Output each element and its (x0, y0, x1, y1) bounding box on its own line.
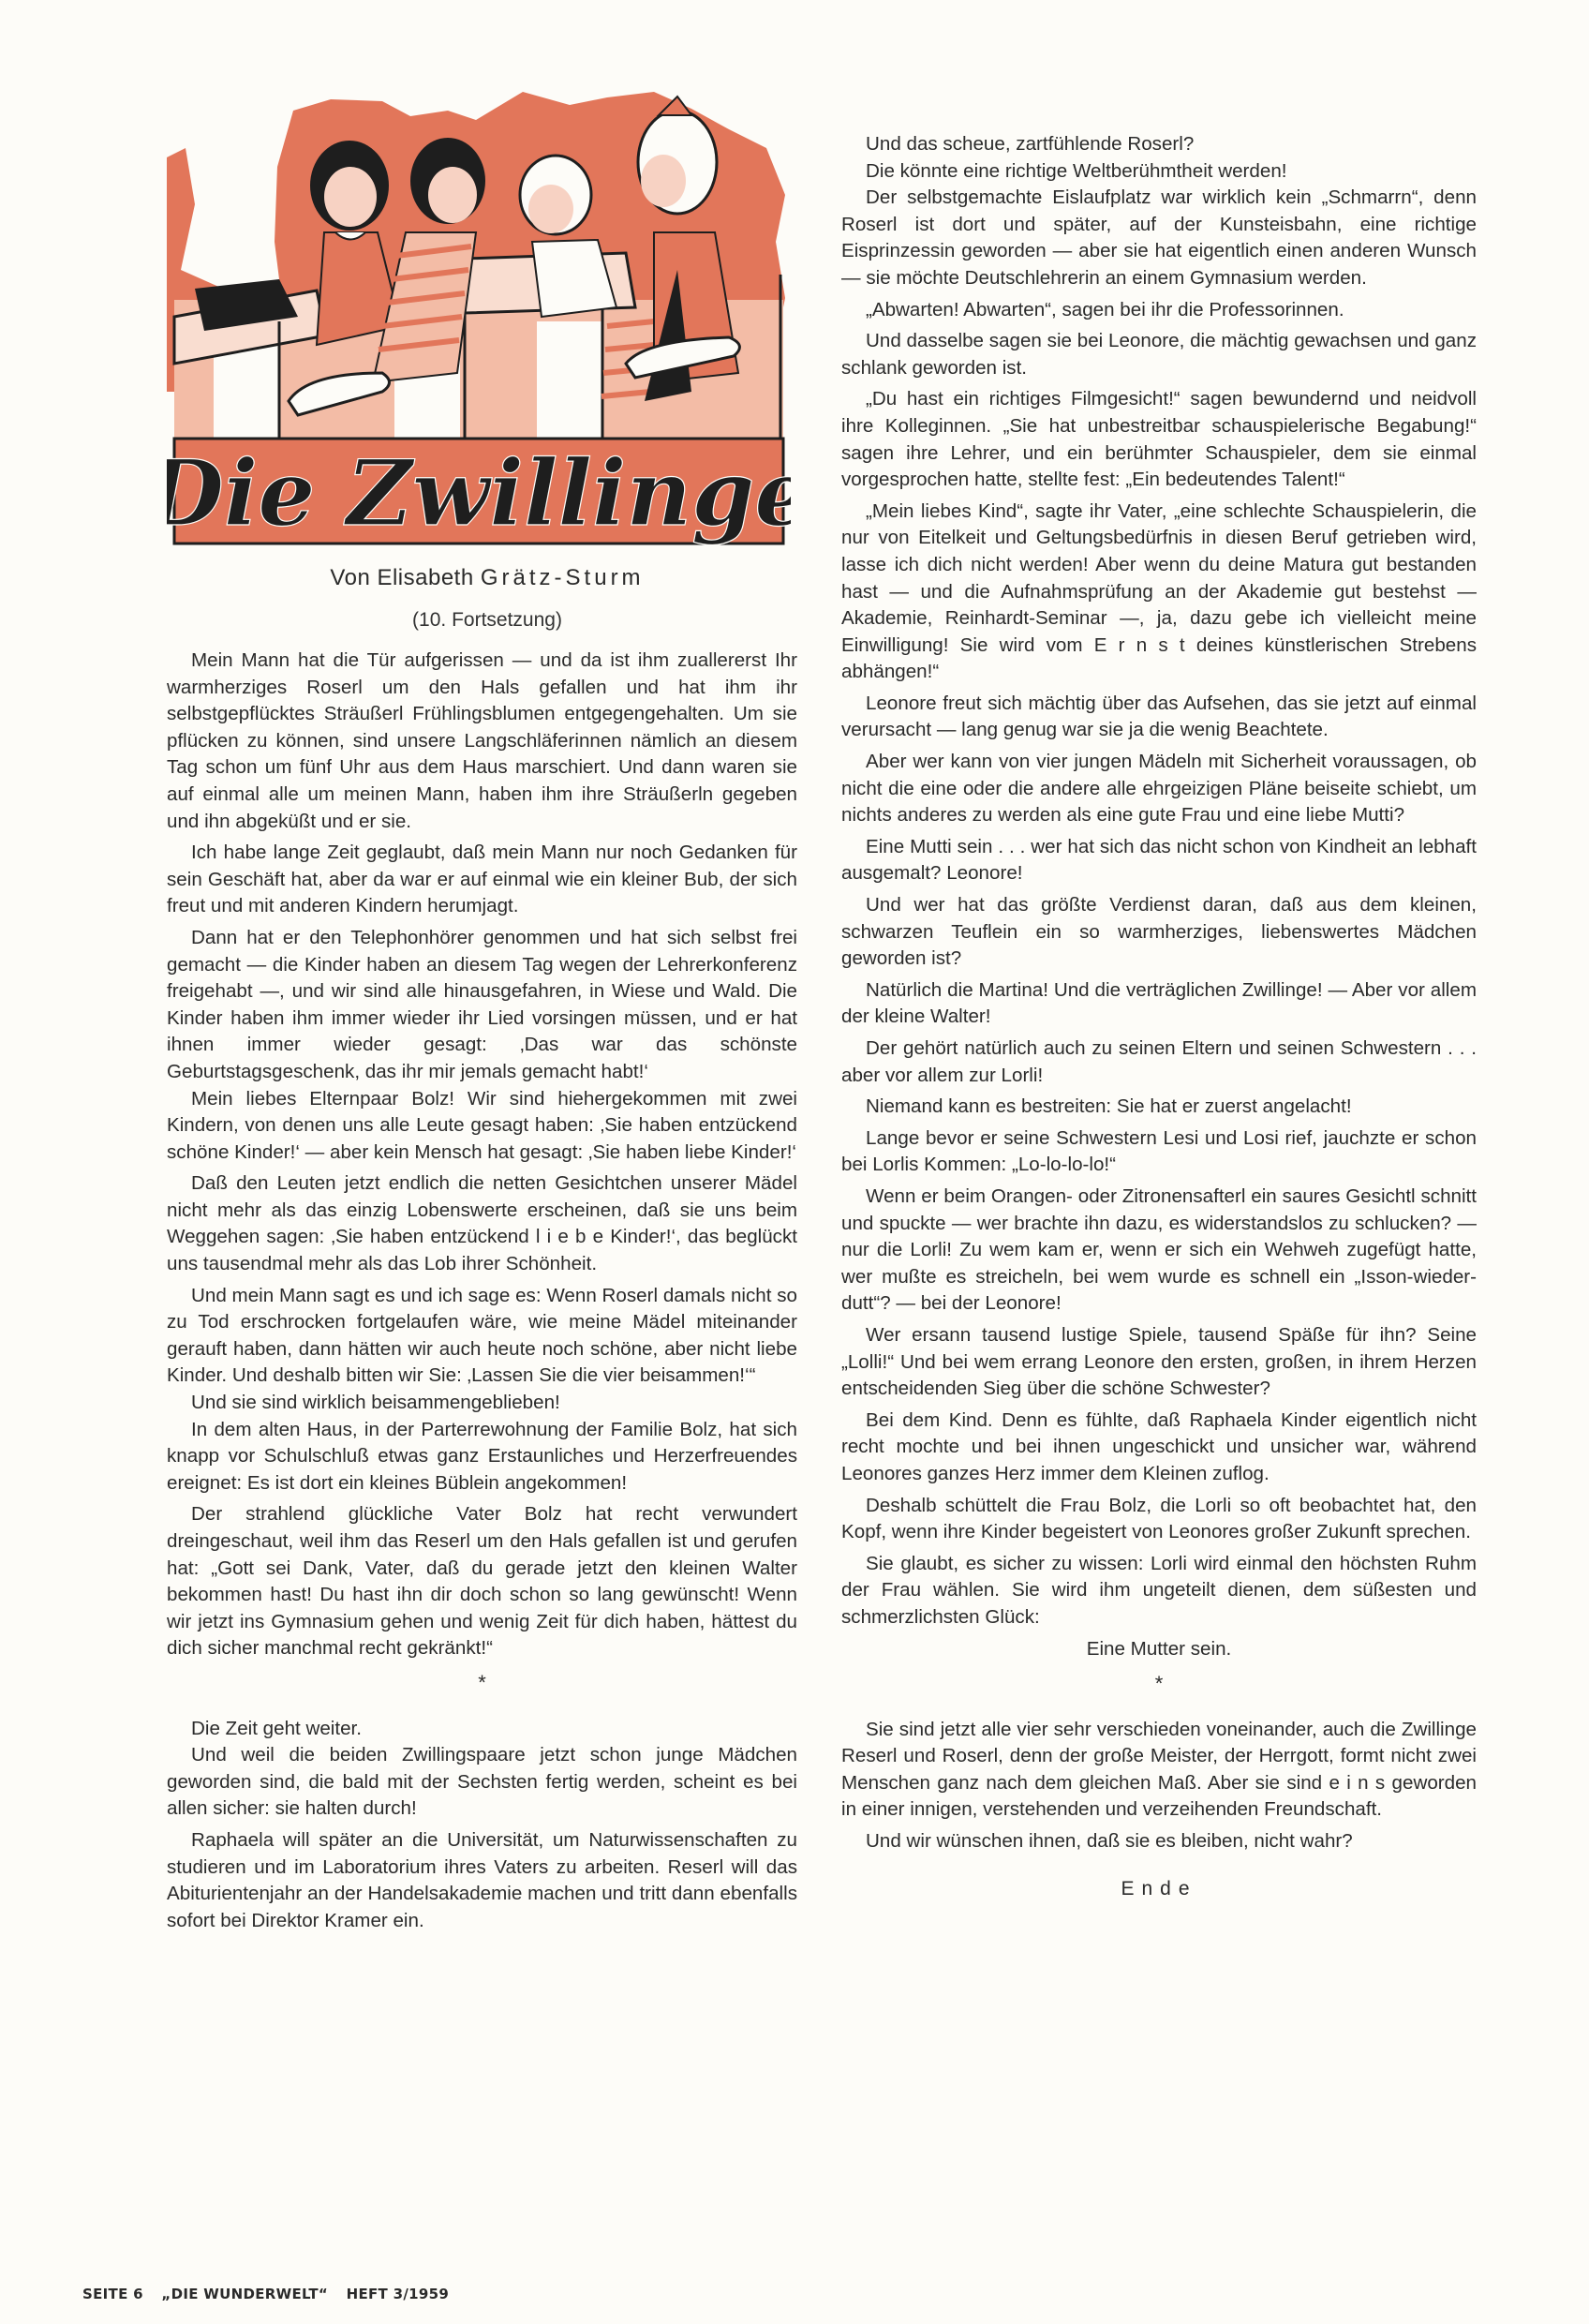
paragraph: In dem alten Haus, in der Parterrewohnun… (167, 1417, 797, 1497)
paragraph: Und das scheue, zartfühlende Roserl? (841, 131, 1477, 158)
issue-number: HEFT 3/1959 (347, 2286, 449, 2302)
paragraph: Daß den Leuten jetzt endlich die netten … (167, 1170, 797, 1277)
paragraph: Der selbstgemachte Eislaufplatz war wirk… (841, 185, 1477, 291)
title-script: Die Zwillinge (167, 440, 791, 546)
title-illustration: Die Zwillinge (167, 92, 791, 551)
paragraph: Wer ersann tausend lustige Spiele, tause… (841, 1322, 1477, 1403)
story-end-label: Ende (841, 1876, 1477, 1903)
paragraph: Die könnte eine richtige Weltberühmtheit… (841, 158, 1477, 186)
centered-line: Eine Mutter sein. (841, 1636, 1477, 1663)
paragraph: Wenn er beim Orangen- oder Zitronensafte… (841, 1184, 1477, 1318)
installment-label: (10. Fortsetzung) (169, 609, 806, 632)
paragraph: „Du hast ein richtiges Filmgesicht!“ sag… (841, 386, 1477, 493)
paragraph: Mein liebes Elternpaar Bolz! Wir sind hi… (167, 1086, 797, 1167)
left-text-column: Mein Mann hat die Tür aufgerissen — und … (167, 643, 797, 1934)
paragraph: Deshalb schüttelt die Frau Bolz, die Lor… (841, 1493, 1477, 1546)
paragraph: Und weil die beiden Zwillingspaare jetzt… (167, 1742, 797, 1823)
page-footer: SEITE 6 „DIE WUNDERWELT“ HEFT 3/1959 (82, 2286, 462, 2302)
paragraph: Niemand kann es bestreiten: Sie hat er z… (841, 1094, 1477, 1121)
paragraph: Und wir wünschen ihnen, daß sie es bleib… (841, 1828, 1477, 1855)
paragraph: „Abwarten! Abwarten“, sagen bei ihr die … (841, 297, 1477, 324)
paragraph: Und dasselbe sagen sie bei Leonore, die … (841, 328, 1477, 381)
paragraph: Mein Mann hat die Tür aufgerissen — und … (167, 648, 797, 835)
section-separator: * (167, 1670, 797, 1697)
paragraph: Leonore freut sich mächtig über das Aufs… (841, 691, 1477, 744)
paragraph: Sie glaubt, es sicher zu wissen: Lorli w… (841, 1551, 1477, 1631)
paragraph: Der gehört natürlich auch zu seinen Elte… (841, 1035, 1477, 1089)
author-first-name: Von Elisabeth (330, 565, 473, 590)
page-number: SEITE 6 (82, 2286, 143, 2302)
section-separator: * (841, 1671, 1477, 1698)
paragraph: Eine Mutti sein . . . wer hat sich das n… (841, 834, 1477, 887)
paragraph: „Mein liebes Kind“, sagte ihr Vater, „ei… (841, 499, 1477, 686)
paragraph: Dann hat er den Telephonhörer genommen u… (167, 925, 797, 1086)
four-girls-at-desks-image: Die Zwillinge (167, 92, 791, 551)
paragraph: Ich habe lange Zeit geglaubt, daß mein M… (167, 840, 797, 920)
paragraph: Der strahlend glückliche Vater Bolz hat … (167, 1501, 797, 1662)
paragraph: Und sie sind wirklich beisammengeblieben… (167, 1390, 797, 1417)
paragraph: Und wer hat das größte Verdienst daran, … (841, 892, 1477, 973)
byline: Von Elisabeth Grätz-Sturm (169, 565, 806, 591)
paragraph: Sie sind jetzt alle vier sehr verschiede… (841, 1717, 1477, 1824)
magazine-page: Die Zwillinge Von Elisabeth Grätz-Sturm … (0, 0, 1589, 2324)
magazine-name: „DIE WUNDERWELT“ (161, 2286, 328, 2302)
paragraph: Die Zeit geht weiter. (167, 1716, 797, 1743)
paragraph: Und mein Mann sagt es und ich sage es: W… (167, 1283, 797, 1390)
paragraph: Raphaela will später an die Universität,… (167, 1827, 797, 1934)
paragraph: Lange bevor er seine Schwestern Lesi und… (841, 1125, 1477, 1179)
paragraph: Aber wer kann von vier jungen Mädeln mit… (841, 749, 1477, 829)
author-surname: Grätz-Sturm (481, 565, 645, 590)
paragraph: Natürlich die Martina! Und die verträgli… (841, 977, 1477, 1031)
right-text-column: Und das scheue, zartfühlende Roserl? Die… (841, 131, 1477, 1902)
paragraph: Bei dem Kind. Denn es fühlte, daß Raphae… (841, 1408, 1477, 1488)
